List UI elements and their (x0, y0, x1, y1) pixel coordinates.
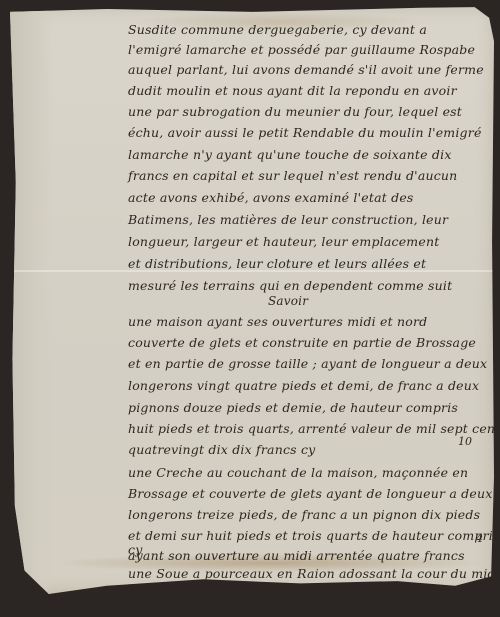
section-heading-savoir: Savoir (268, 294, 308, 308)
text-line: une maison ayant ses ouvertures midi et … (128, 314, 427, 329)
text-line: et en partie de grosse taille ; ayant de… (128, 356, 487, 371)
text-line: pignons douze pieds et demie, de hauteur… (128, 400, 458, 415)
text-line: longerons vingt quatre pieds et demi, de… (128, 378, 479, 393)
text-line: longueur, largeur et hauteur, leur empla… (128, 234, 439, 249)
text-line: francs en capital et sur lequel n'est re… (128, 168, 457, 183)
amount-creche: 4 (476, 532, 483, 545)
text-line: couverte de glets et construite en parti… (128, 335, 476, 350)
photo-background: Susdite commune derguegaberie, cy devant… (0, 0, 500, 617)
text-line-cy: cy (128, 542, 142, 557)
text-line: lamarche n'y ayant qu'une touche de soix… (128, 147, 452, 162)
text-line: auquel parlant, lui avons demandé s'il a… (128, 62, 484, 77)
text-line: Batimens, les matières de leur construct… (128, 212, 448, 227)
text-line: Susdite commune derguegaberie, cy devant… (128, 22, 427, 37)
amount-maison: 10 (458, 435, 472, 448)
text-line: de la maison, maçonné en Brossage couver… (128, 586, 483, 601)
text-line: une Creche au couchant de la maison, maç… (128, 465, 468, 480)
text-line: une Soue a pourceaux en Raion adossant l… (128, 566, 500, 581)
text-line: mesuré les terrains qui en dependent com… (128, 278, 452, 293)
text-line: dudit moulin et nous ayant dit la repond… (128, 83, 457, 98)
text-line: Brossage et couverte de glets ayant de l… (128, 486, 492, 501)
text-line: quatrevingt dix dix francs cy (128, 442, 315, 457)
manuscript-page: Susdite commune derguegaberie, cy devant… (10, 6, 494, 594)
text-line: longerons treize pieds, de franc a un pi… (128, 507, 480, 522)
text-line: ayant son ouverture au midi arrentée qua… (128, 548, 465, 563)
text-line: huit pieds et trois quarts, arrenté vale… (128, 421, 500, 436)
text-line: l'emigré lamarche et possédé par guillau… (128, 42, 475, 57)
text-line: et distributions, leur cloture et leurs … (128, 256, 426, 271)
text-line: et demi sur huit pieds et trois quarts d… (128, 528, 500, 543)
text-line: une par subrogation du meunier du four, … (128, 104, 462, 119)
text-line: échu, avoir aussi le petit Rendable du m… (128, 125, 482, 140)
text-line: acte avons exhibé, avons examiné l'etat … (128, 190, 414, 205)
